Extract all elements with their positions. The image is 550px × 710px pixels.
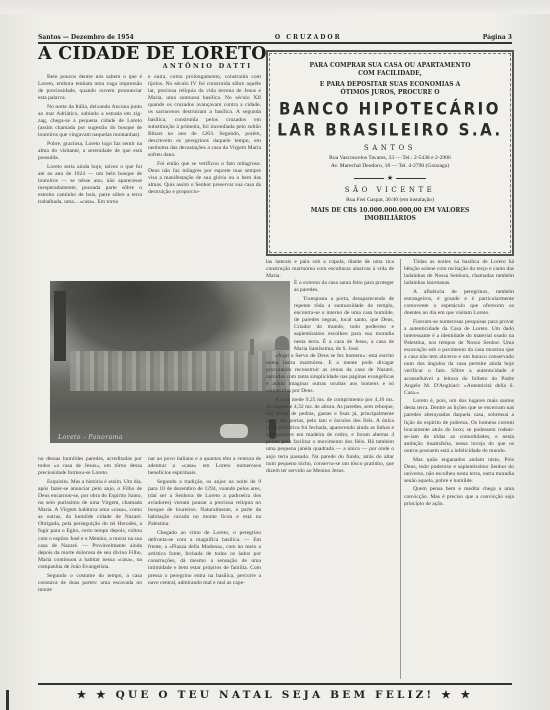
bank-name-line-2: LAR BRASILEIRO S.A.	[268, 121, 512, 141]
ad-line: PARA COMPRAR SUA CASA OU APARTAMENTO	[268, 62, 512, 70]
article-column-3: las laterais e pára sob a cúpula, diante…	[266, 259, 394, 475]
ad-address: Rua Frei Gaspar, 36/40 (em instalação)	[268, 196, 512, 204]
paragraph: las laterais e pára sob a cúpula, diante…	[266, 259, 394, 280]
bell-tower	[250, 339, 254, 355]
ad-tagline: MAIS DE CR$ 10.000.000.000,00 EM VALORES	[268, 207, 512, 215]
paragraph: É o externo da casa santa feito para pro…	[294, 280, 394, 294]
article-column-1-top: Bem poucos dentre nós sabem o que é Lore…	[38, 74, 142, 206]
ad-divider: ★	[268, 174, 512, 182]
article-column-2-top: e outra, como prolongamento, construída …	[148, 74, 261, 196]
paragraph: «Aqui o Servo de Deus se fez homem»: est…	[266, 353, 394, 396]
paragraph: Fizeram-se numerosas pesquisas para prov…	[404, 319, 514, 397]
paragraph: Transposta a porta, desaparecendo de rep…	[294, 296, 394, 353]
paragraph: Loreto seria ainda hoje, talvez o que fo…	[38, 164, 142, 207]
ad-address: Rua Vasconcelos Tavares, 33 — Tel.: 2-54…	[268, 154, 512, 162]
paragraph: Mas quão enganados andam nisto, Pois Deu…	[404, 457, 514, 485]
bank-name-line-1: BANCO HIPOTECÁRIO	[268, 100, 512, 120]
article-title: A CIDADE DE LORETO	[38, 44, 263, 64]
ad-line: ÓTIMOS JUROS, PROCURE O	[268, 89, 512, 97]
ad-tagline: IMOBILIÁRIOS	[268, 215, 512, 223]
newspaper-page: Santos — Dezembro de 1954 O CRUZADOR Pág…	[0, 0, 550, 710]
bank-advertisement: PARA COMPRAR SUA CASA OU APARTAMENTO COM…	[266, 50, 514, 256]
ad-line: E PARA DEPOSITAR SUAS ECONOMIAS A	[268, 81, 512, 89]
paragraph: Tôdas as noites na basílica de Loreto há…	[404, 259, 514, 287]
page-fold	[0, 0, 550, 14]
paragraph: Segundo a tradição, os anjos na noite de…	[148, 479, 261, 529]
paragraph: Foi então que se verificou o fato milagr…	[148, 161, 261, 196]
column-rule	[400, 259, 401, 679]
tree-canopy	[50, 281, 230, 351]
christmas-banner: ★ ★ QUE O TEU NATAL SEJA BEM FELIZ! ★ ★	[38, 689, 512, 701]
paragraph: A casa mede 9,25 ms. de comprimento por …	[266, 397, 394, 475]
page-edge-mark	[6, 690, 9, 710]
footer-rule	[38, 683, 512, 685]
paragraph: A afluência de peregrinos, também estran…	[404, 289, 514, 317]
page-number: Página 3	[483, 34, 512, 41]
newspaper-name: O CRUZADOR	[275, 34, 342, 41]
ad-city-sao-vicente: SÃO VICENTE	[268, 186, 512, 194]
paragraph: No norte da Itália, deixando Ancona junt…	[38, 104, 142, 139]
paragraph: Loreto é, pois, um dos lugares mais sant…	[404, 398, 514, 455]
paragraph: Chegado ao cimo de Loreto, o peregrino d…	[148, 530, 261, 587]
tree-trunk	[54, 291, 66, 361]
paragraph: Bem poucos dentre nós sabem o que é Lore…	[38, 74, 142, 102]
ox-figure	[220, 424, 248, 438]
article-column-2-bottom: nar ao povo italiano e a quantos têm a v…	[148, 456, 261, 587]
star-icon: ★	[387, 174, 393, 182]
photo-caption: Loreto - Panorama	[58, 434, 123, 441]
article-column-4: Tôdas as noites na basílica de Loreto há…	[404, 259, 514, 508]
loreto-panorama-photo: Loreto - Panorama	[50, 281, 290, 443]
issue-date: Santos — Dezembro de 1954	[38, 34, 134, 41]
ad-city-santos: SANTOS	[268, 144, 512, 152]
town-skyline	[70, 351, 290, 391]
paragraph: e outra, como prolongamento, construída …	[148, 74, 261, 159]
ad-address: Av. Marechal Deodoro, 18 — Tel. 4-2790 (…	[268, 162, 512, 170]
article-column-1-bottom: no dessas humildes paredes, acreditadas …	[38, 456, 142, 594]
paragraph: Quem pensa bem e medita chega a uma conv…	[404, 486, 514, 507]
divider-rule	[354, 178, 384, 179]
divider-rule	[396, 178, 426, 179]
ad-line: COM FACILIDADE,	[268, 70, 512, 78]
paragraph: nar ao povo italiano e a quantos têm a v…	[148, 456, 261, 477]
paragraph: Pobre, graciosa, Loreto logo faz sentir …	[38, 141, 142, 162]
running-head: Santos — Dezembro de 1954 O CRUZADOR Pág…	[38, 32, 512, 42]
article-byline: ANTÔNIO DATTI	[150, 62, 265, 70]
paragraph: Esquisito. Mas a história é assim. Um di…	[38, 479, 142, 571]
paragraph: no dessas humildes paredes, acreditadas …	[38, 456, 142, 477]
paragraph: Segundo o costume do tempo, a casa const…	[38, 573, 142, 594]
